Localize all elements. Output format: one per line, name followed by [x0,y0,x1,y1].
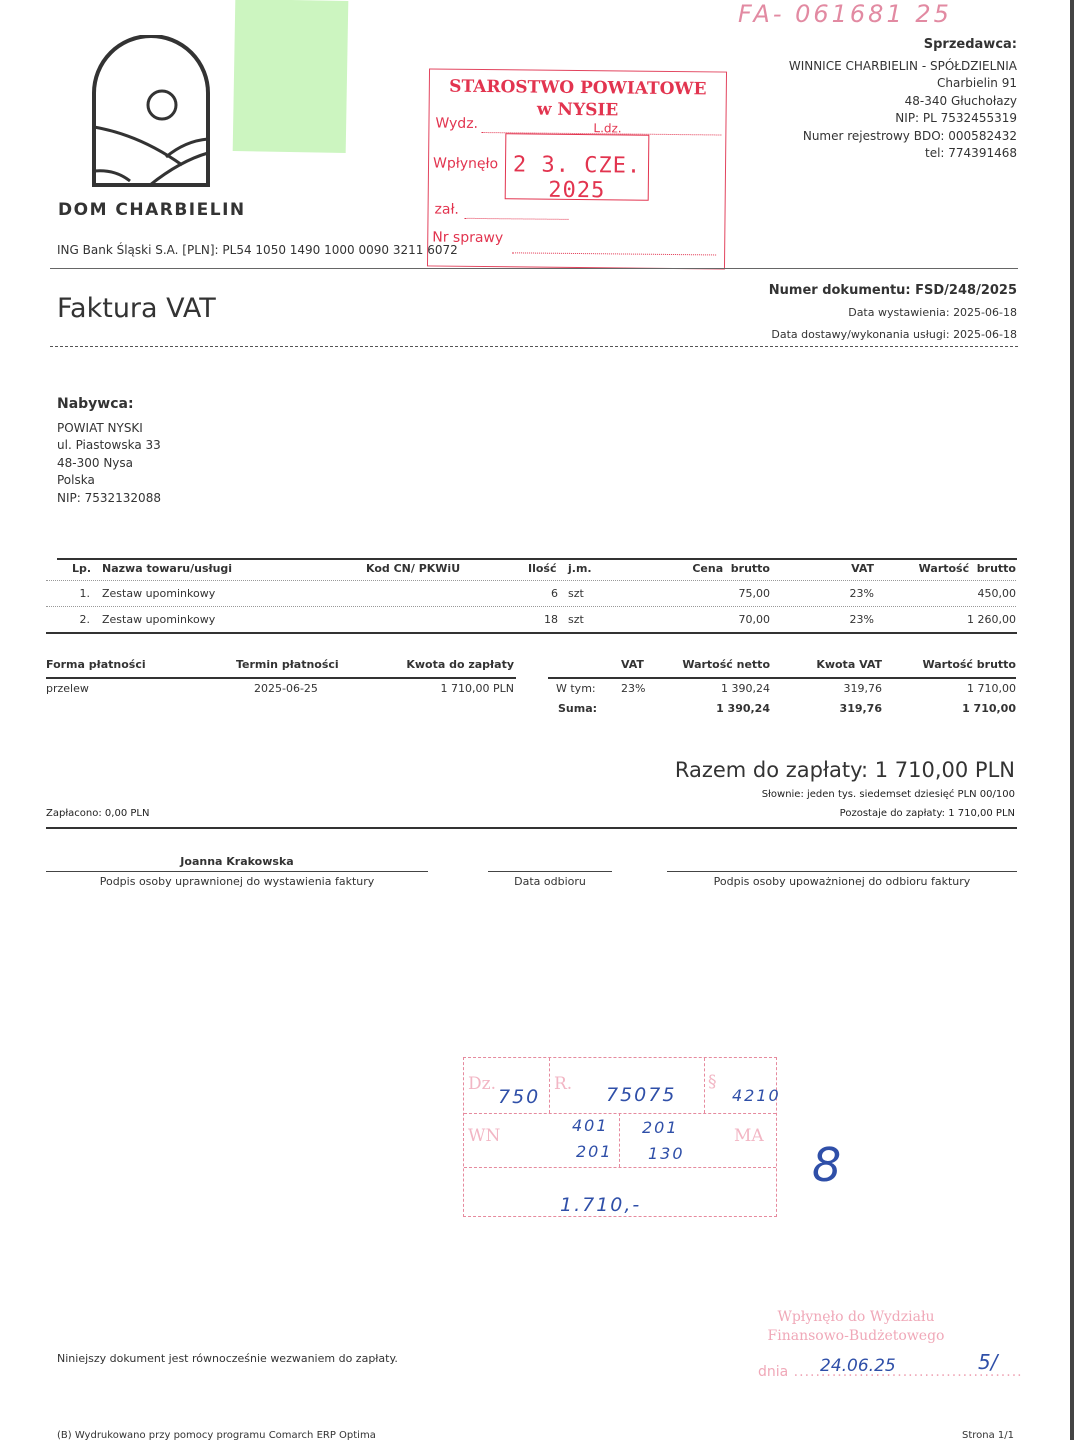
vat-row-label: W tym: [556,682,596,695]
total-due: Razem do zapłaty: 1 710,00 PLN [675,758,1015,782]
remaining-amount: Pozostaje do zapłaty: 1 710,00 PLN [840,808,1015,819]
dz-value: 750 [498,1086,540,1108]
vat-row-rate: 23% [621,682,645,695]
delivery-date: Data dostawy/wykonania usługi: 2025-06-1… [769,324,1017,346]
cell-qty: 18 [520,613,558,626]
row-divider [46,580,1016,581]
r-value: 75075 [606,1084,676,1106]
table-top-border [57,558,1017,560]
issuer-name: Joanna Krakowska [46,855,428,868]
stamp-date-box: 2 3. CZE. 2025 [505,133,650,201]
col-net: Wartość netto [660,658,770,671]
sum-vat: 319,76 [790,702,882,715]
vat-row-vat: 319,76 [790,682,882,695]
payment-method: przelew [46,682,89,695]
paid-amount: Zapłacono: 0,00 PLN [46,808,149,819]
cell-lp: 1. [70,587,90,600]
seller-block: Sprzedawca: WINNICE CHARBIELIN - SPÓŁDZI… [697,36,1017,163]
signature-line [46,871,428,872]
ma-value: 201 [642,1118,679,1137]
receipt-date-label: Data odbioru [488,875,612,888]
stamp-row-divider [464,1167,776,1168]
finance-stamp-line1: Wpłynęło do Wydziału [756,1308,956,1327]
seller-street: Charbielin 91 [697,75,1017,93]
buyer-city: 48-300 Nysa [57,455,161,473]
amount-value: 1.710,- [560,1194,641,1216]
vat-row-gross: 1 710,00 [900,682,1016,695]
table-bottom-border [46,632,1017,634]
cell-unit: szt [568,587,584,600]
col-unit: j.m. [568,562,592,575]
divider [50,346,1018,347]
receiver-signature-label: Podpis osoby upoważnionej do odbioru fak… [667,875,1017,888]
payment-notice: Niniejszy dokument jest równocześnie wez… [57,1352,398,1365]
stamp-dotted-line [512,252,716,255]
dnia-label: dnia [758,1364,788,1380]
buyer-country: Polska [57,472,161,490]
cell-unit: szt [568,613,584,626]
handwritten-registry-number: FA- 061681 25 [738,0,952,28]
received-stamp: STAROSTWO POWIATOWE w NYSIE Wydz. L.dz. … [427,68,727,269]
stamp-received-date: 2 3. CZE. 2025 [506,152,649,203]
cell-vat: 23% [820,587,874,600]
cell-lp: 2. [70,613,90,626]
wn-value: 401 [572,1116,609,1135]
buyer-nip: NIP: 7532132088 [57,490,161,508]
sticky-note [233,0,349,153]
dz-label: Dz. [468,1074,496,1094]
brand-name: DOM CHARBIELIN [58,200,246,220]
page-number: Strona 1/1 [962,1430,1014,1440]
ma-label: MA [734,1126,764,1146]
ma-value: 130 [648,1144,685,1163]
bank-account: ING Bank Śląski S.A. [PLN]: PL54 1050 14… [57,243,458,257]
col-gross: Wartość brutto [900,658,1016,671]
buyer-block: Nabywca: POWIAT NYSKI ul. Piastowska 33 … [57,396,161,507]
stamp-cell-divider [619,1113,620,1167]
divider [46,827,1017,829]
buyer-heading: Nabywca: [57,396,161,414]
stamp-title: STAROSTWO POWIATOWE [430,75,726,100]
col-vat-rate: VAT [621,658,644,671]
finance-stamp-line2: Finansowo-Budżetowego [756,1327,956,1346]
seller-city: 48-340 Głuchołazy [697,93,1017,111]
col-payment-method: Forma płatności [46,658,146,671]
col-payment-due: Termin płatności [236,658,339,671]
cell-qty: 6 [520,587,558,600]
accounting-stamp: Dz. 750 R. 75075 § 4210 WN 401 201 201 1… [463,1057,777,1217]
handwritten-mark: 8 [812,1138,841,1192]
stamp-attachments-label: zał. [434,202,459,218]
row-divider [46,606,1016,607]
cell-vat: 23% [820,613,874,626]
seller-name: WINNICE CHARBIELIN - SPÓŁDZIELNIA [697,58,1017,76]
s-value: 4210 [732,1086,781,1105]
col-vat: VAT [820,562,874,575]
divider [50,268,1018,269]
col-payment-amount: Kwota do zapłaty [380,658,514,671]
handwritten-mark: 5/ [978,1350,997,1374]
document-number: Numer dokumentu: FSD/248/2025 [769,280,1017,302]
cell-total: 1 260,00 [900,613,1016,626]
cell-price: 75,00 [660,587,770,600]
cell-total: 450,00 [900,587,1016,600]
printed-by: (B) Wydrukowano przy pomocy programu Com… [57,1430,376,1440]
stamp-dotted-line [464,218,568,220]
vat-row-net: 1 390,24 [660,682,770,695]
signature-line [667,871,1017,872]
divider [548,677,1016,679]
scan-edge [1070,0,1074,1440]
r-label: R. [554,1074,572,1094]
dom-charbielin-logo-icon [90,35,212,187]
stamp-case-label: Nr sprawy [432,229,503,246]
seller-phone: tel: 774391468 [697,145,1017,163]
divider [46,677,516,679]
cell-name: Zestaw upominkowy [102,587,215,600]
col-qty: Ilość [528,562,557,575]
amount-in-words: Słownie: jeden tys. siedemset dziesięć P… [762,789,1015,800]
sum-gross: 1 710,00 [900,702,1016,715]
payment-amount: 1 710,00 PLN [380,682,514,695]
document-title: Faktura VAT [57,293,216,324]
col-code: Kod CN/ PKWiU [366,562,460,575]
finance-received-stamp: Wpłynęło do Wydziału Finansowo-Budżetowe… [756,1308,956,1346]
payment-due-date: 2025-06-25 [254,682,318,695]
issue-date: Data wystawienia: 2025-06-18 [769,302,1017,324]
stamp-wydz-label: Wydz. [435,116,478,132]
cell-price: 70,00 [660,613,770,626]
col-total: Wartość brutto [900,562,1016,575]
finance-stamp-date: 24.06.25 [820,1356,896,1376]
stamp-cell-divider [704,1058,705,1113]
seller-heading: Sprzedawca: [697,36,1017,54]
wn-label: WN [468,1126,500,1146]
col-price: Cena brutto [660,562,770,575]
document-meta: Numer dokumentu: FSD/248/2025 Data wysta… [769,280,1017,346]
stamp-received-label: Wpłynęło [433,155,498,172]
seller-nip: NIP: PL 7532455319 [697,110,1017,128]
stamp-row-divider [464,1113,776,1114]
sum-net: 1 390,24 [660,702,770,715]
wn-value: 201 [576,1142,613,1161]
buyer-name: POWIAT NYSKI [57,420,161,438]
s-label: § [708,1072,717,1092]
stamp-cell-divider [549,1058,550,1113]
cell-name: Zestaw upominkowy [102,613,215,626]
issuer-signature-label: Podpis osoby uprawnionej do wystawienia … [46,875,428,888]
buyer-street: ul. Piastowska 33 [57,437,161,455]
signature-line [488,871,612,872]
col-lp: Lp. [72,562,91,575]
sum-label: Suma: [558,702,597,715]
seller-bdo: Numer rejestrowy BDO: 000582432 [697,128,1017,146]
col-name: Nazwa towaru/usługi [102,562,232,575]
col-vat-amount: Kwota VAT [790,658,882,671]
